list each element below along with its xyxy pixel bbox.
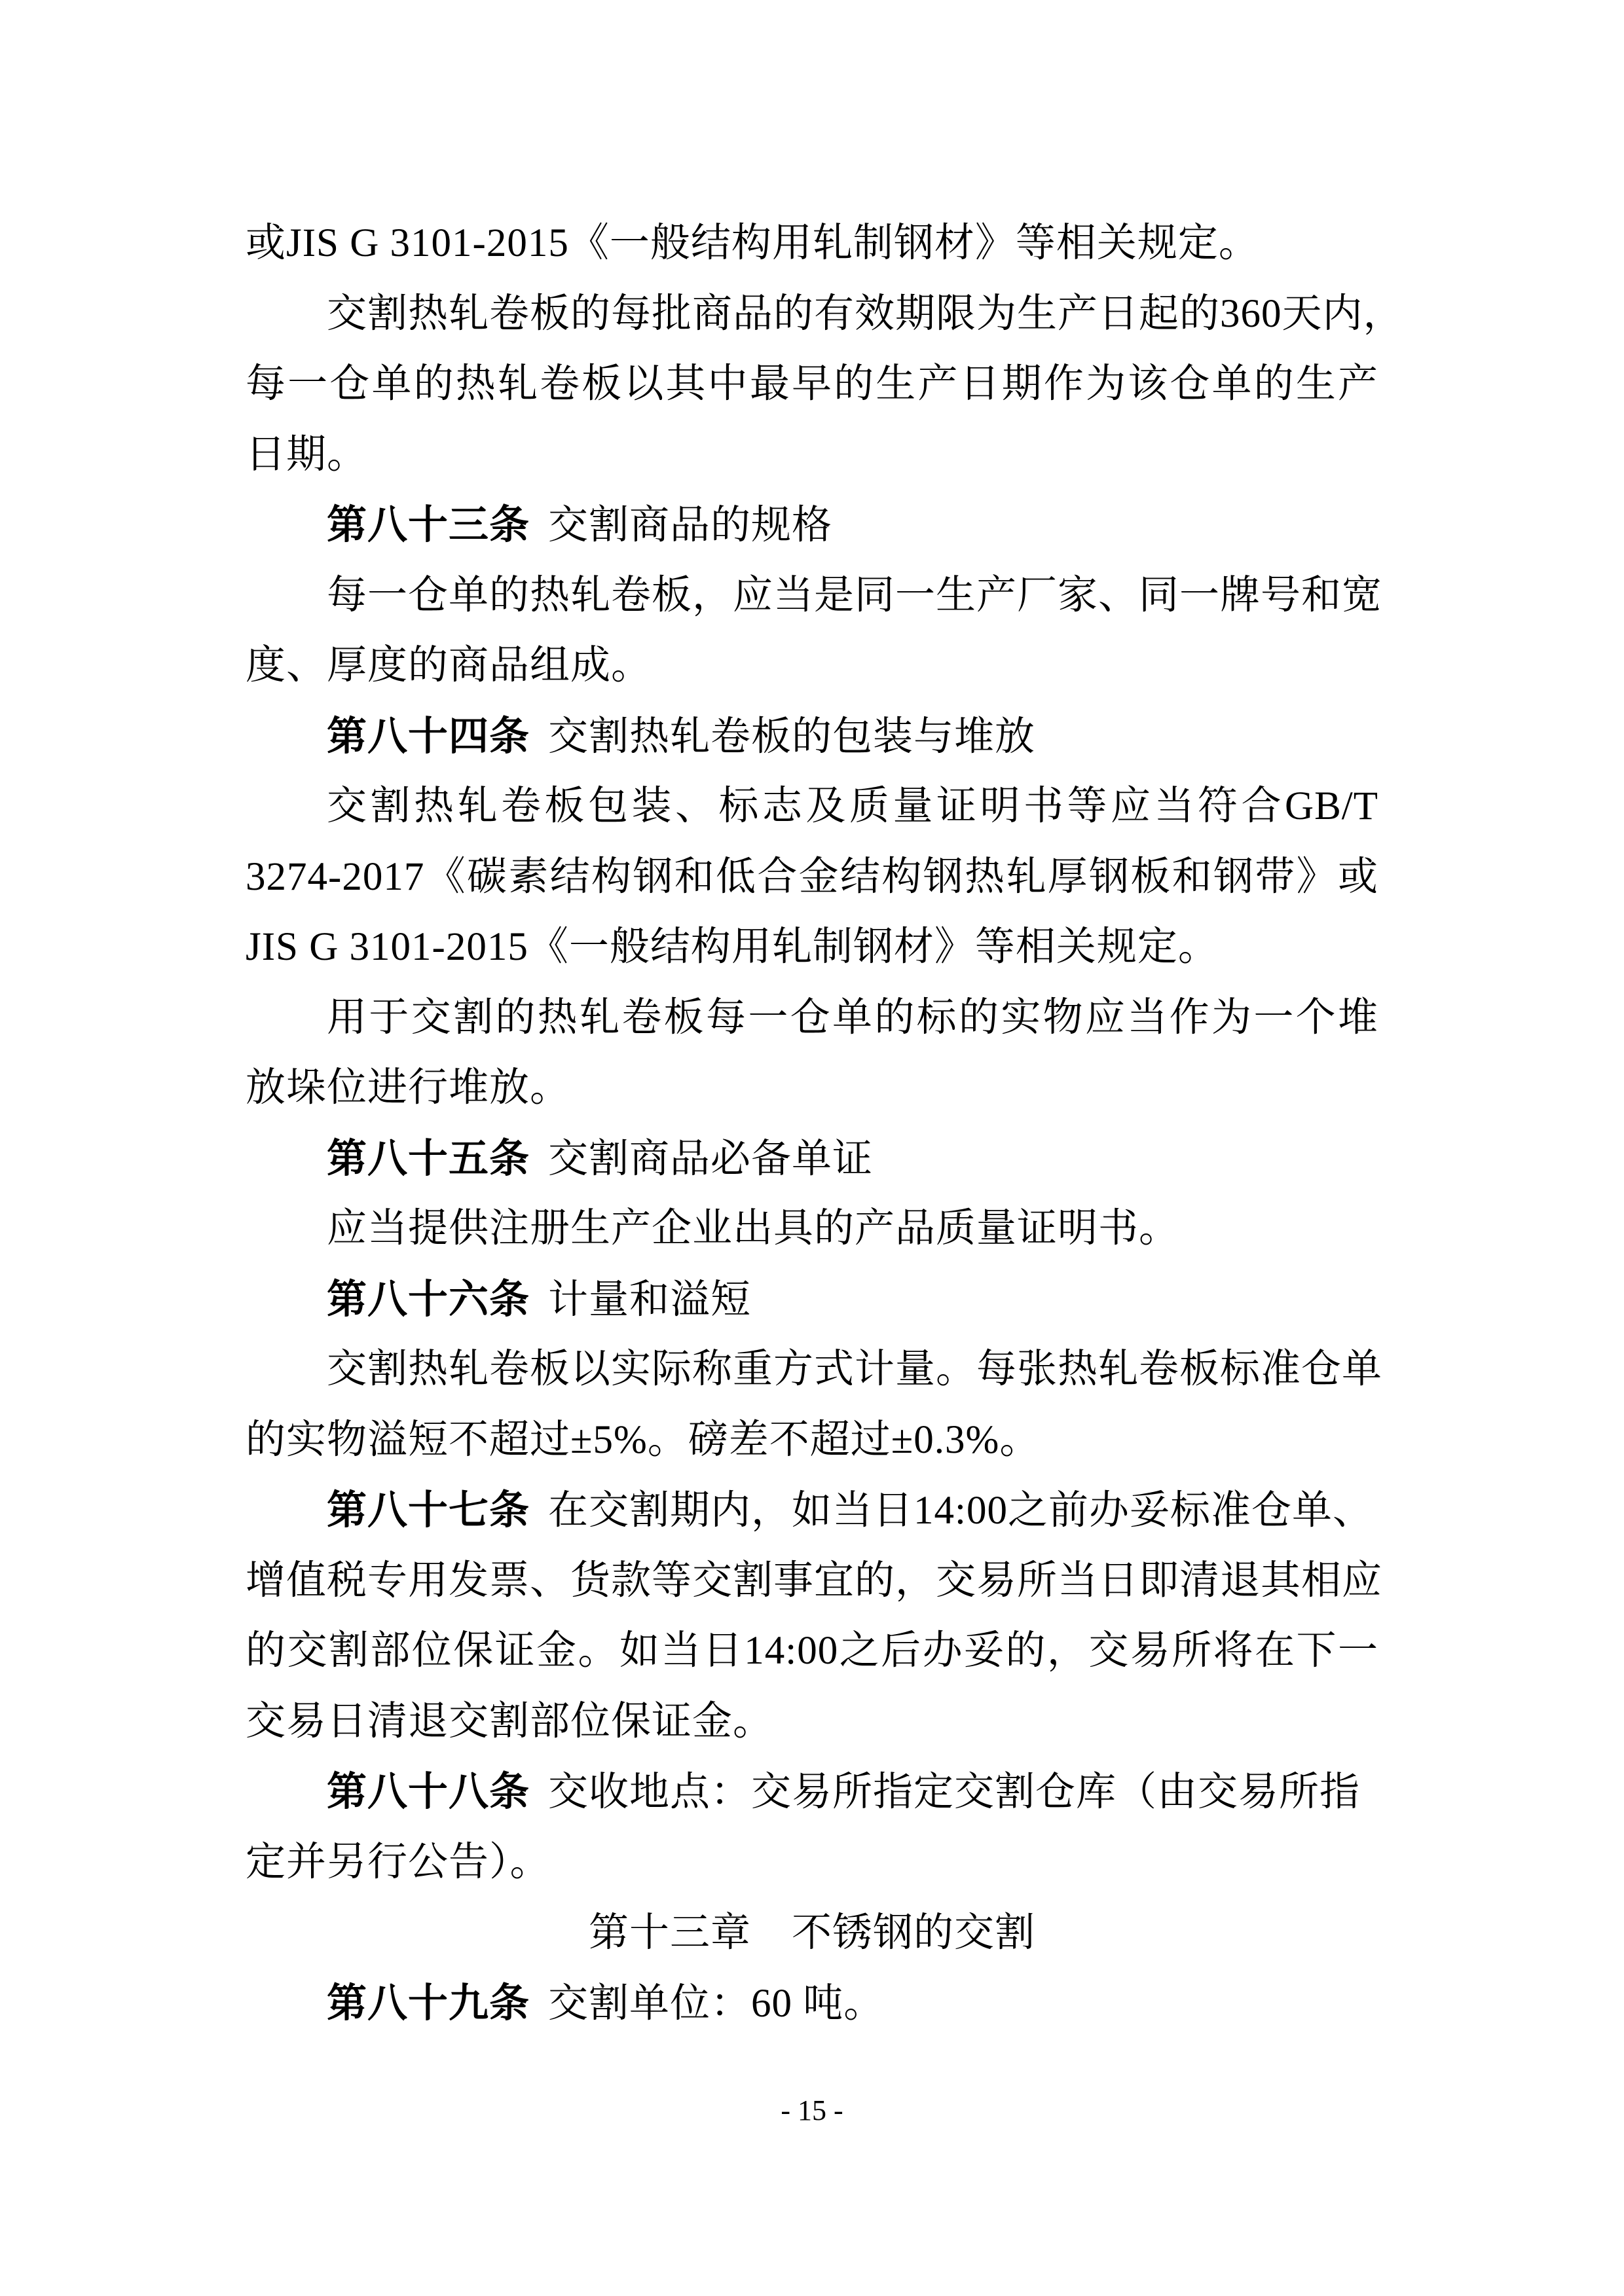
article-heading-86: 第八十六条计量和溢短 — [246, 1264, 1378, 1335]
article-number: 第八十七条 — [327, 1487, 530, 1533]
paragraph-line: 交割热轧卷板包装、标志及质量证明书等应当符合GB/T — [246, 771, 1378, 842]
paragraph-line: 放垛位进行堆放。 — [246, 1053, 1378, 1123]
article-number: 第八十八条 — [327, 1768, 530, 1815]
article-text: 在交割期内，如当日14:00之前办妥标准仓单、 — [548, 1489, 1373, 1533]
article-title: 交割商品必备单证 — [548, 1135, 873, 1182]
paragraph-line: 交易日清退交割部位保证金。 — [246, 1686, 1378, 1757]
article-title: 交割商品的规格 — [548, 501, 832, 548]
chapter-heading: 第十三章不锈钢的交割 — [246, 1897, 1378, 1968]
article-number: 第八十四条 — [327, 713, 530, 759]
article-number: 第八十五条 — [327, 1135, 530, 1182]
paragraph-line: 用于交割的热轧卷板每一仓单的标的实物应当作为一个堆 — [246, 983, 1378, 1053]
paragraph-line: 的实物溢短不超过±5%。磅差不超过±0.3%。 — [246, 1405, 1378, 1476]
article-88-first-line: 第八十八条交收地点：交易所指定交割仓库（由交易所指 — [246, 1757, 1378, 1827]
article-title: 交割热轧卷板的包装与堆放 — [548, 713, 1035, 759]
article-title: 交割单位：60 吨。 — [548, 1982, 884, 2026]
article-number: 第八十九条 — [327, 1980, 530, 2026]
paragraph-line: 每一仓单的热轧卷板以其中最早的生产日期作为该仓单的生产 — [246, 349, 1378, 420]
paragraph-line: 交割热轧卷板的每批商品的有效期限为生产日起的360天内， — [246, 279, 1378, 350]
paragraph-line: 或JIS G 3101-2015《一般结构用轧制钢材》等相关规定。 — [246, 208, 1378, 279]
article-heading-89: 第八十九条交割单位：60 吨。 — [246, 1968, 1378, 2039]
article-number: 第八十三条 — [327, 501, 530, 548]
paragraph-line: 度、厚度的商品组成。 — [246, 630, 1378, 701]
page-number: - 15 - — [0, 2094, 1624, 2127]
paragraph-line: 交割热轧卷板以实际称重方式计量。每张热轧卷板标准仓单 — [246, 1334, 1378, 1405]
paragraph-line: 3274-2017《碳素结构钢和低合金结构钢热轧厚钢板和钢带》或 — [246, 842, 1378, 913]
article-text: 交收地点：交易所指定交割仓库（由交易所指 — [548, 1768, 1360, 1815]
article-title: 计量和溢短 — [548, 1276, 751, 1322]
paragraph-line: 的交割部位保证金。如当日14:00之后办妥的，交易所将在下一 — [246, 1616, 1378, 1686]
chapter-number: 第十三章 — [589, 1909, 751, 1956]
paragraph-line: 日期。 — [246, 420, 1378, 490]
paragraph-line: 应当提供注册生产企业出具的产品质量证明书。 — [246, 1194, 1378, 1264]
article-heading-85: 第八十五条交割商品必备单证 — [246, 1123, 1378, 1194]
paragraph-line: 每一仓单的热轧卷板，应当是同一生产厂家、同一牌号和宽 — [246, 560, 1378, 631]
article-87-first-line: 第八十七条在交割期内，如当日14:00之前办妥标准仓单、 — [246, 1475, 1378, 1546]
chapter-title: 不锈钢的交割 — [792, 1909, 1035, 1956]
article-heading-83: 第八十三条交割商品的规格 — [246, 490, 1378, 560]
article-heading-84: 第八十四条交割热轧卷板的包装与堆放 — [246, 701, 1378, 772]
paragraph-line: 增值税专用发票、货款等交割事宜的，交易所当日即清退其相应 — [246, 1546, 1378, 1616]
paragraph-line: JIS G 3101-2015《一般结构用轧制钢材》等相关规定。 — [246, 912, 1378, 983]
document-page: 或JIS G 3101-2015《一般结构用轧制钢材》等相关规定。 交割热轧卷板… — [246, 208, 1378, 2038]
paragraph-line: 定并另行公告）。 — [246, 1827, 1378, 1898]
article-number: 第八十六条 — [327, 1276, 530, 1322]
